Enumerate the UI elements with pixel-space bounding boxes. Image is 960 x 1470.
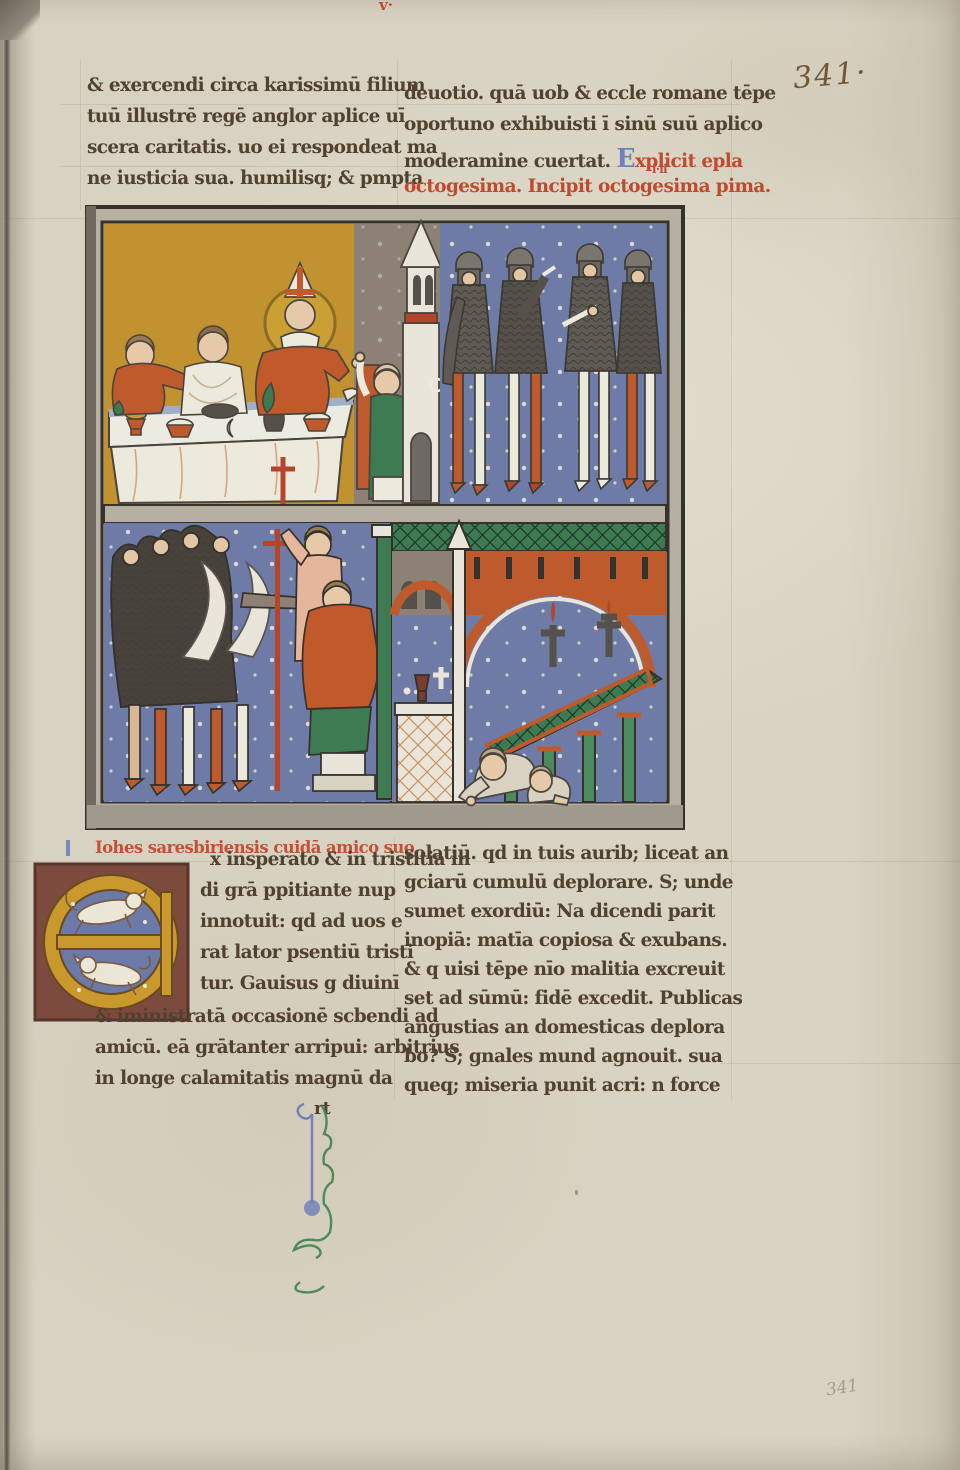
manuscript-line: bo? S; gnales mund agnouit. sua (404, 1045, 722, 1067)
manuscript-line: sumet exordiū: Na dicendi parit (404, 900, 715, 922)
manuscript-line: & exercendi circa karissimū filium (87, 74, 425, 96)
ruling-line (731, 60, 732, 1100)
manuscript-line: in longe calamitatis magnū da (95, 1067, 392, 1089)
pen-flourish (282, 1096, 352, 1296)
panel-martyrdom (104, 523, 397, 802)
manuscript-line: solatiū. qd in tuis aurib; liceat an (404, 842, 728, 864)
manuscript-line: scera caritatis. uo ei respondeat ma (87, 136, 437, 158)
manuscript-line: deuotio. quā uob & eccle romane tēpe (404, 82, 776, 104)
manuscript-page: v· 341· & exercendi circa karissimū fili… (0, 0, 960, 1470)
ink-speck (575, 1190, 578, 1195)
binding-corner (0, 0, 40, 40)
chapter-mark: i·ii (652, 162, 667, 176)
miniature-becket-cycle (85, 205, 685, 830)
manuscript-line: ne iusticia sua. humilisq; & pmpta (87, 167, 423, 189)
manuscript-line: oportuno exhibuisti ī sinū suū aplico (404, 113, 762, 135)
ruling-line (720, 1063, 960, 1064)
manuscript-line: di grā ppitiante nup (200, 879, 396, 901)
binding-gutter (4, 0, 10, 1470)
manuscript-line: & q uisi tēpe nīo malitia excreuit (404, 958, 725, 980)
manuscript-line: inopiā: matīa copiosa & exubans. (404, 929, 727, 951)
ruling-line (80, 60, 81, 210)
manuscript-line: queq; miseria punit acri: n force (404, 1074, 720, 1096)
explicit-incipit-line: octogesima. Incipit octogesima pima. (404, 175, 771, 197)
folio-number-bottom: 341 (825, 1376, 860, 1401)
manuscript-line: angustias an domesticas deplora (404, 1016, 725, 1038)
manuscript-line: set ad sūmū: fidē excedit. Publicas (404, 987, 742, 1009)
panel-four-knights (440, 224, 666, 505)
panel-shrine (392, 521, 666, 806)
manuscript-line: gciarū cumulū deplorare. S; unde (404, 871, 733, 893)
manuscript-line: moderamine cuertat. Explicit epla (404, 144, 743, 174)
top-margin-mark: v· (379, 0, 393, 14)
manuscript-line-part: moderamine cuertat. (404, 150, 610, 172)
rubric-paraph (66, 840, 70, 856)
manuscript-line: innotuit: qd ad uos e (200, 910, 402, 932)
manuscript-line: tuū illustrē regē anglor aplice uī (87, 105, 405, 127)
manuscript-line: tur. Gauisus g diuinī (200, 972, 399, 994)
folio-number-top: 341· (792, 55, 870, 96)
explicit-initial: E (616, 144, 635, 174)
illuminated-initial-E (33, 862, 190, 1022)
ruling-line (394, 838, 395, 1098)
manuscript-line: & iministratā occasionē scbendi ad (95, 1005, 438, 1027)
register-divider (104, 505, 666, 523)
manuscript-line: rat lator psentiū tristi (200, 941, 413, 963)
